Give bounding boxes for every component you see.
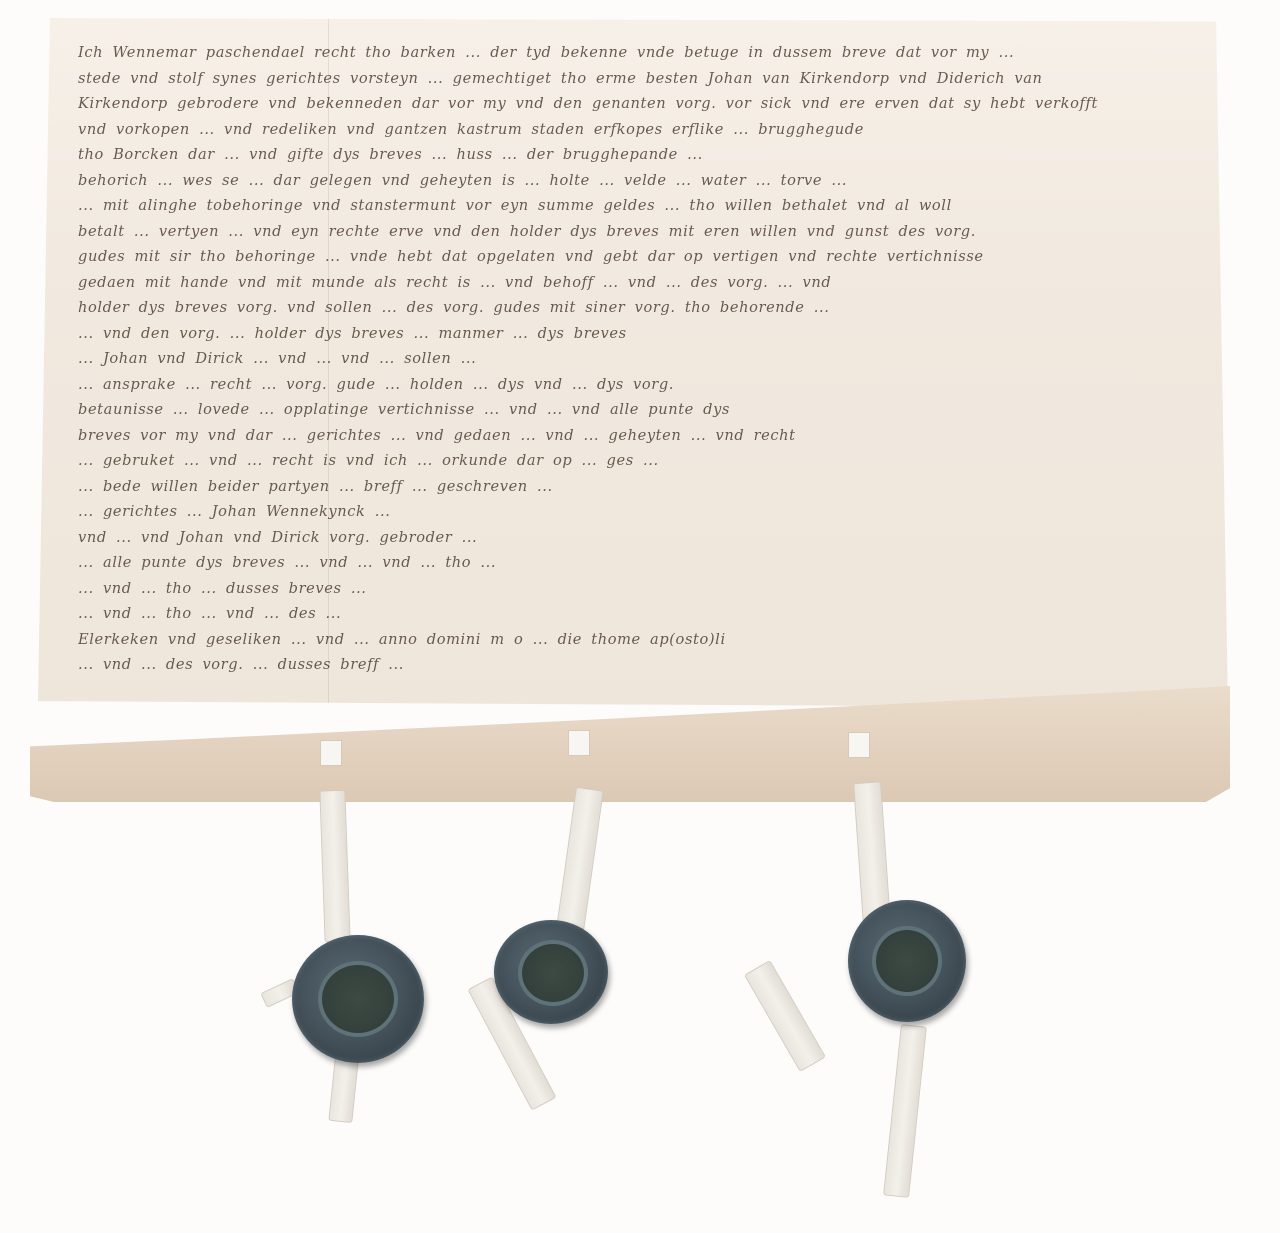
wax-seal-left: [292, 935, 424, 1063]
text-line: ... bede willen beider partyen ... breff…: [78, 474, 1202, 500]
text-line: gudes mit sir tho behoringe ... vnde heb…: [78, 244, 1202, 270]
wax-seal-right: [848, 900, 966, 1022]
charter-text: Ich Wennemar paschendael recht tho barke…: [78, 40, 1202, 678]
text-line: holder dys breves vorg. vnd sollen ... d…: [78, 295, 1202, 321]
text-line: Kirkendorp gebrodere vnd bekenneden dar …: [78, 91, 1202, 117]
text-line: ... Johan vnd Dirick ... vnd ... vnd ...…: [78, 346, 1202, 372]
seal-shield-icon: [318, 961, 398, 1037]
text-line: betalt ... vertyen ... vnd eyn rechte er…: [78, 219, 1202, 245]
text-line: ... gerichtes ... Johan Wennekynck ...: [78, 499, 1202, 525]
text-line: ... vnd ... tho ... vnd ... des ...: [78, 601, 1202, 627]
text-line: ... ansprake ... recht ... vorg. gude ..…: [78, 372, 1202, 398]
text-line: tho Borcken dar ... vnd gifte dys breves…: [78, 142, 1202, 168]
tag-slit-left: [320, 740, 342, 766]
text-line: ... vnd den vorg. ... holder dys breves …: [78, 321, 1202, 347]
text-line: breves vor my vnd dar ... gerichtes ... …: [78, 423, 1202, 449]
text-line: betaunisse ... lovede ... opplatinge ver…: [78, 397, 1202, 423]
text-line: gedaen mit hande vnd mit munde als recht…: [78, 270, 1202, 296]
text-line: Elerkeken vnd geseliken ... vnd ... anno…: [78, 627, 1202, 653]
seal-tag-left: [319, 790, 350, 943]
seal-shield-icon: [518, 940, 588, 1006]
text-line: behorich ... wes se ... dar gelegen vnd …: [78, 168, 1202, 194]
seal-shield-icon: [872, 926, 942, 996]
text-line: ... vnd ... des vorg. ... dusses breff .…: [78, 652, 1202, 678]
text-line: stede vnd stolf synes gerichtes vorsteyn…: [78, 66, 1202, 92]
text-line: vnd vorkopen ... vnd redeliken vnd gantz…: [78, 117, 1202, 143]
seal-tag-right-tail: [883, 1024, 927, 1198]
text-line: ... alle punte dys breves ... vnd ... vn…: [78, 550, 1202, 576]
text-line: ... mit alinghe tobehoringe vnd stanster…: [78, 193, 1202, 219]
seal-tag-right-loop: [744, 960, 826, 1072]
wax-seal-center: [494, 920, 608, 1024]
text-line: ... gebruket ... vnd ... recht is vnd ic…: [78, 448, 1202, 474]
text-line: Ich Wennemar paschendael recht tho barke…: [78, 40, 1202, 66]
tag-slit-right: [848, 732, 870, 758]
charter-parchment: Ich Wennemar paschendael recht tho barke…: [38, 18, 1228, 708]
text-line: ... vnd ... tho ... dusses breves ...: [78, 576, 1202, 602]
text-line: vnd ... vnd Johan vnd Dirick vorg. gebro…: [78, 525, 1202, 551]
tag-slit-center: [568, 730, 590, 756]
seal-tag-center: [556, 787, 603, 932]
